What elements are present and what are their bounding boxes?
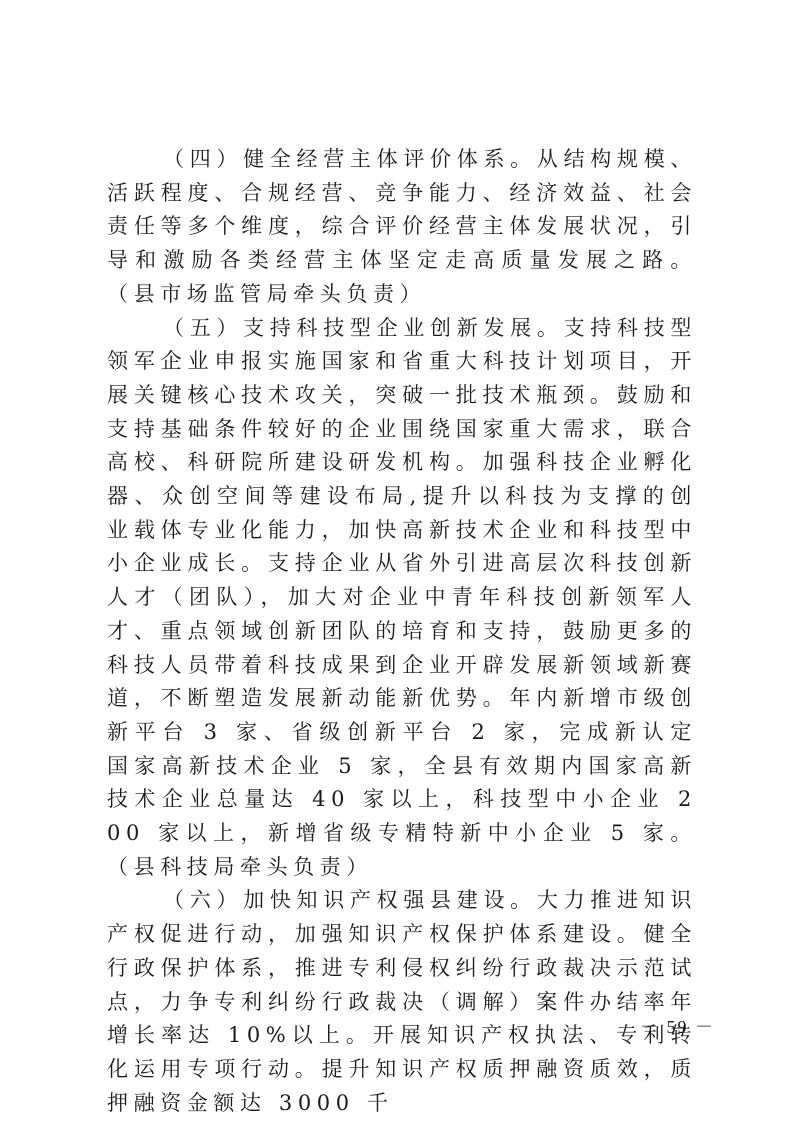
page-number: － 59 － — [640, 1013, 715, 1039]
section-heading: （五）支持科技型企业创新发展。 — [163, 316, 564, 340]
section-heading: （四）健全经营主体评价体系。 — [163, 147, 537, 171]
section-heading: （六）加快知识产权强县建设。 — [163, 888, 537, 912]
section-five: （五）支持科技型企业创新发展。支持科技型领军企业申报实施国家和省重大科技计划项目… — [107, 312, 697, 885]
section-four: （四）健全经营主体评价体系。从结构规模、活跃程度、合规经营、竞争能力、经济效益、… — [107, 143, 697, 312]
section-six: （六）加快知识产权强县建设。大力推进知识产权促进行动，加强知识产权保护体系建设。… — [107, 884, 697, 1120]
document-body: （四）健全经营主体评价体系。从结构规模、活跃程度、合规经营、竞争能力、经济效益、… — [107, 143, 697, 1120]
section-text: 支持科技型领军企业申报实施国家和省重大科技计划项目，开展关键核心技术攻关，突破一… — [107, 316, 697, 879]
section-text: 大力推进知识产权促进行动，加强知识产权保护体系建设。健全行政保护体系，推进专利侵… — [107, 888, 697, 1114]
